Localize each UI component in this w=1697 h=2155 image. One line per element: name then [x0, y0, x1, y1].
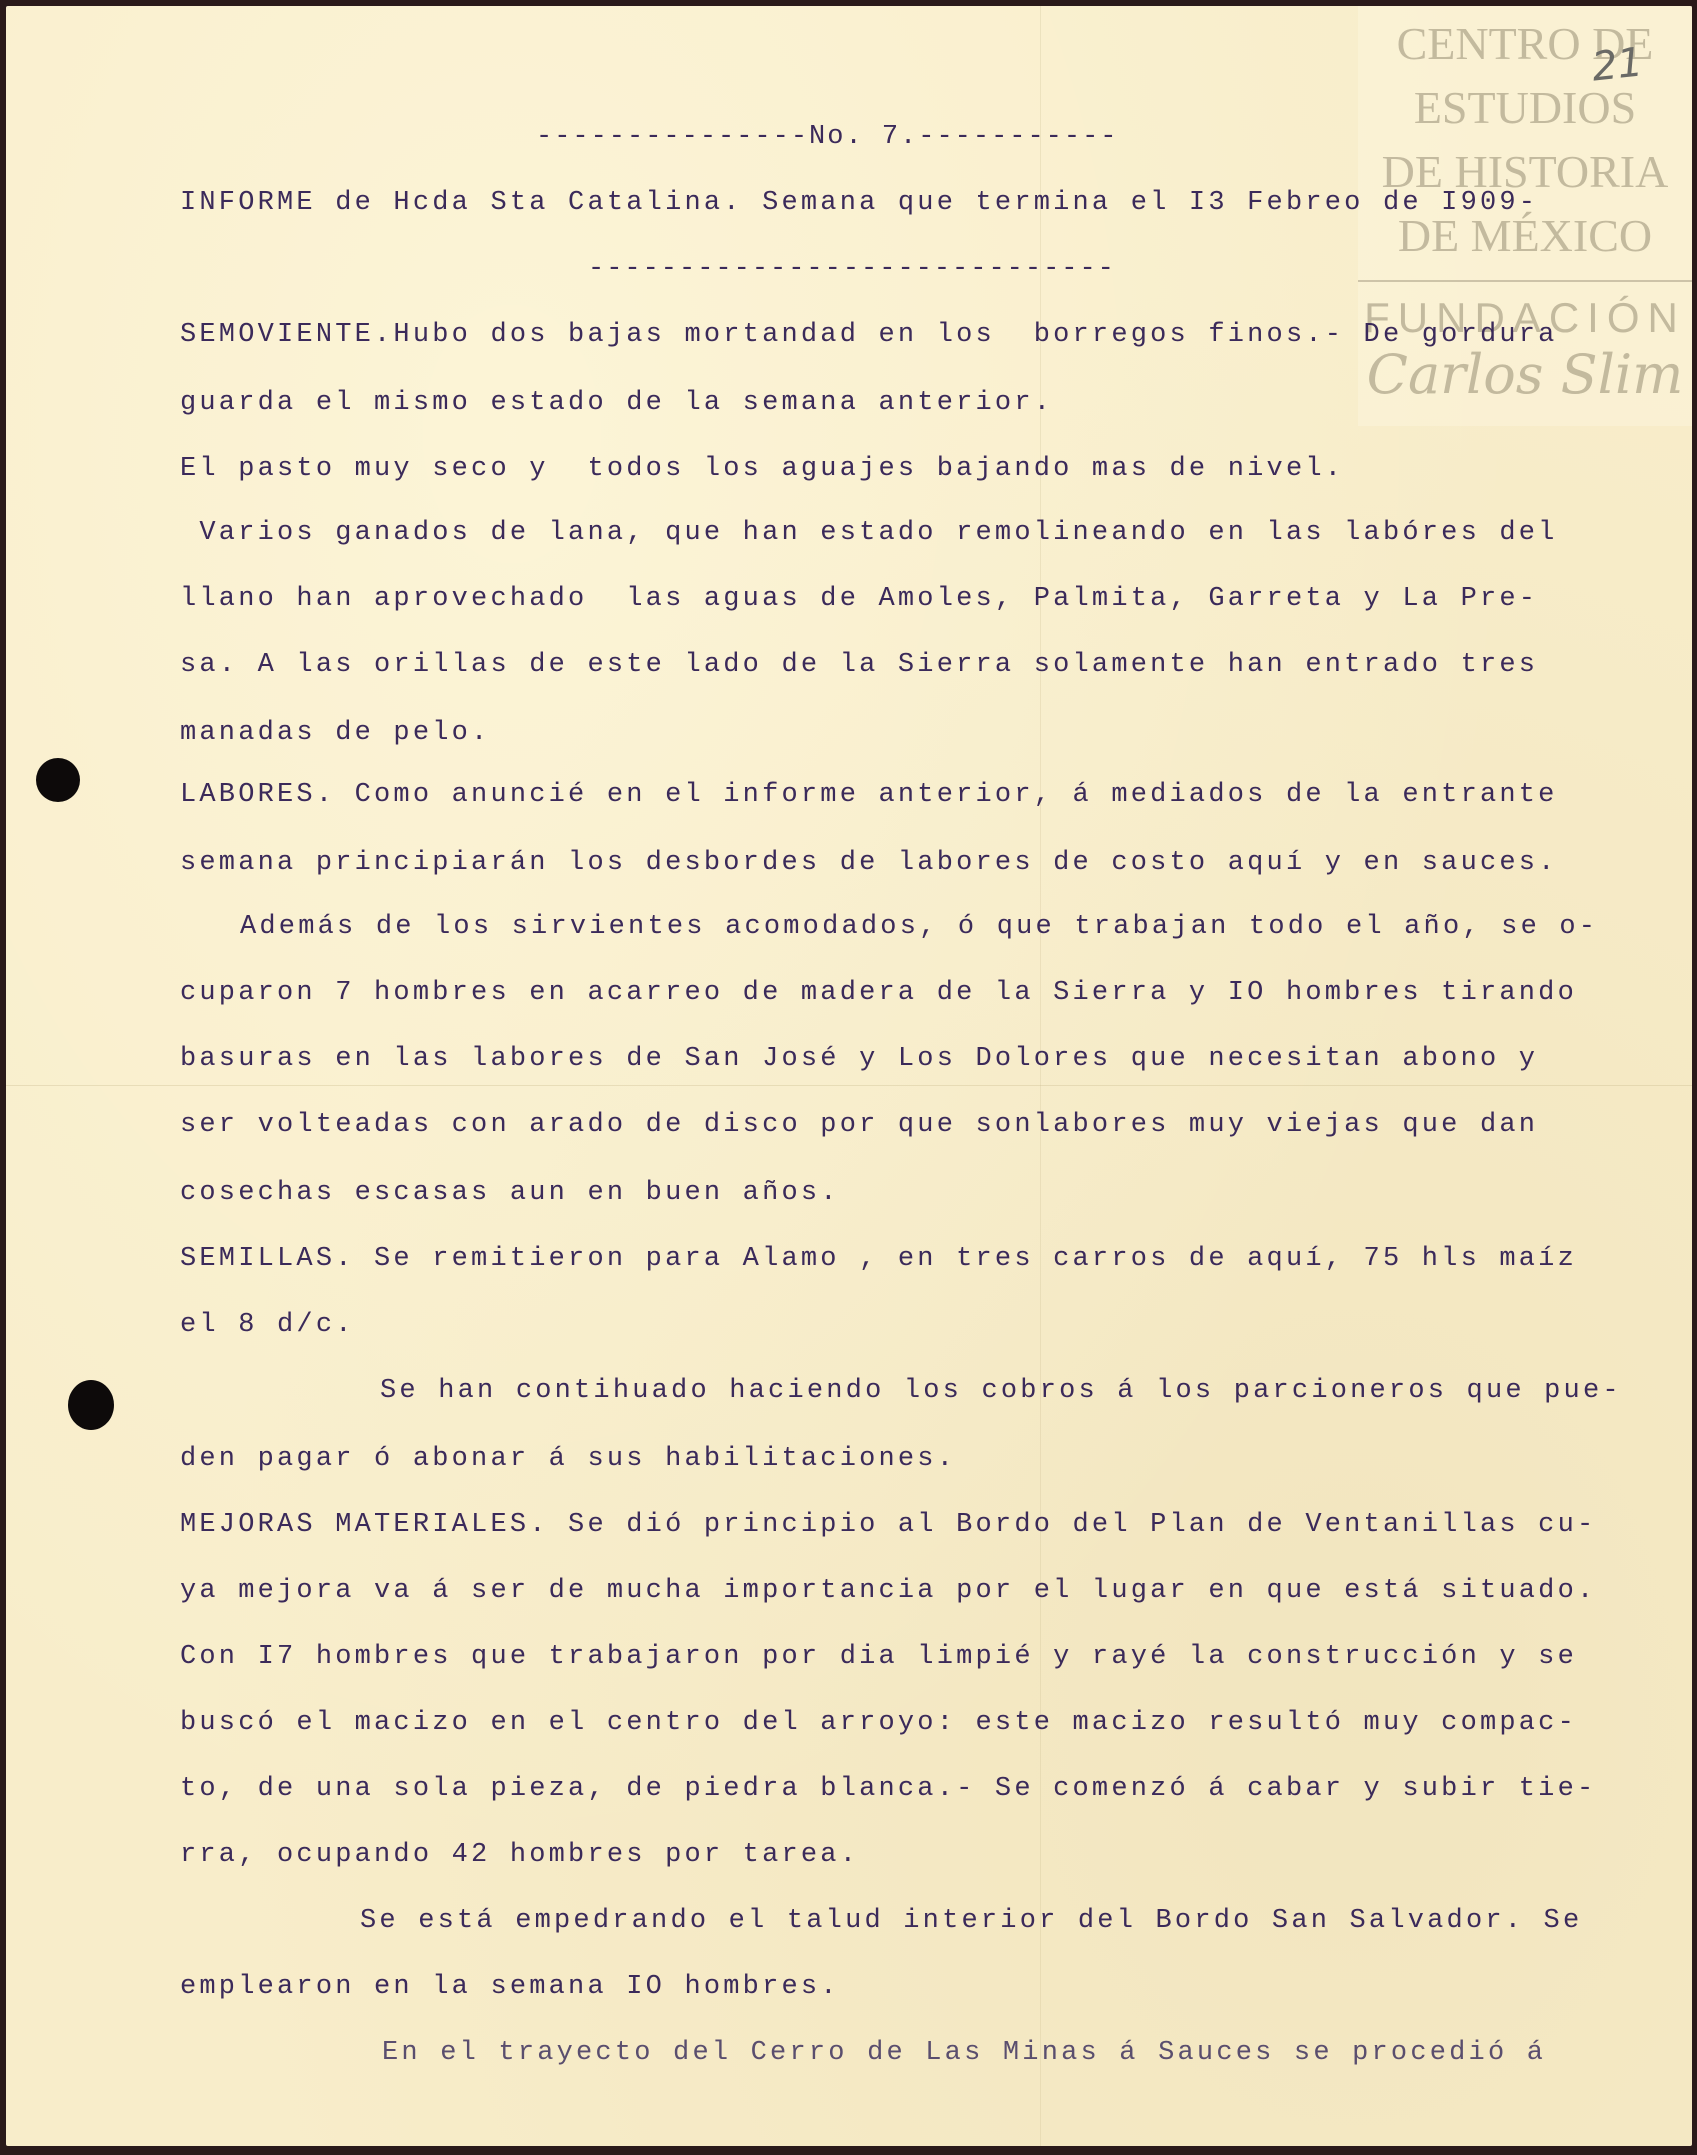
text-line: to, de una sola pieza, de piedra blanca.…: [180, 1774, 1596, 1804]
text-line: Con I7 hombres que trabajaron por dia li…: [180, 1642, 1577, 1672]
text-line: Varios ganados de lana, que han estado r…: [180, 518, 1558, 548]
text-line: buscó el macizo en el centro del arroyo:…: [180, 1708, 1577, 1738]
text-line: llano han aprovechado las aguas de Amole…: [180, 584, 1538, 614]
text-line: el 8 d/c.: [180, 1310, 355, 1340]
folio-number: 21: [1590, 39, 1645, 90]
text-line: ya mejora va á ser de mucha importancia …: [180, 1576, 1596, 1606]
text-line: cosechas escasas aun en buen años.: [180, 1178, 840, 1208]
text-line: guarda el mismo estado de la semana ante…: [180, 388, 1053, 418]
text-line: cuparon 7 hombres en acarreo de madera d…: [180, 978, 1577, 1008]
punch-hole-icon: [68, 1380, 114, 1430]
section-mejoras-materiales: MEJORAS MATERIALES. Se dió principio al …: [180, 1510, 1596, 1540]
paper-fold-horizontal: [6, 1085, 1692, 1086]
report-title: INFORME de Hcda Sta Catalina. Semana que…: [180, 188, 1538, 218]
report-number: ---------------No. 7.-----------: [536, 122, 1118, 152]
text-line: semana principiarán los desbordes de lab…: [180, 848, 1558, 878]
punch-hole-icon: [36, 758, 80, 802]
watermark-line: ESTUDIOS: [1358, 76, 1692, 140]
text-line: den pagar ó abonar á sus habilitaciones.: [180, 1444, 956, 1474]
text-line: emplearon en la semana IO hombres.: [180, 1972, 840, 2002]
title-underline: -----------------------------: [588, 254, 1116, 284]
section-semillas: SEMILLAS. Se remitieron para Alamo , en …: [180, 1244, 1577, 1274]
text-line: Se han contihuado haciendo los cobros á …: [380, 1376, 1622, 1406]
watermark-divider: [1358, 280, 1692, 282]
text-line: En el trayecto del Cerro de Las Minas á …: [382, 2038, 1546, 2068]
text-line: El pasto muy seco y todos los aguajes ba…: [180, 454, 1344, 484]
text-line: Se está empedrando el talud interior del…: [360, 1906, 1582, 1936]
section-labores: LABORES. Como anuncié en el informe ante…: [180, 780, 1558, 810]
text-line: basuras en las labores de San José y Los…: [180, 1044, 1538, 1074]
text-line: manadas de pelo.: [180, 718, 490, 748]
text-line: SEMOVIENTE.Hubo dos bajas mortandad en l…: [180, 320, 1558, 350]
watermark-signature: Carlos Slim: [1358, 344, 1692, 406]
text-line: Además de los sirvientes acomodados, ó q…: [240, 912, 1598, 942]
text-line: rra, ocupando 42 hombres por tarea.: [180, 1840, 859, 1870]
text-line: sa. A las orillas de este lado de la Sie…: [180, 650, 1538, 680]
text-line: ser volteadas con arado de disco por que…: [180, 1110, 1538, 1140]
